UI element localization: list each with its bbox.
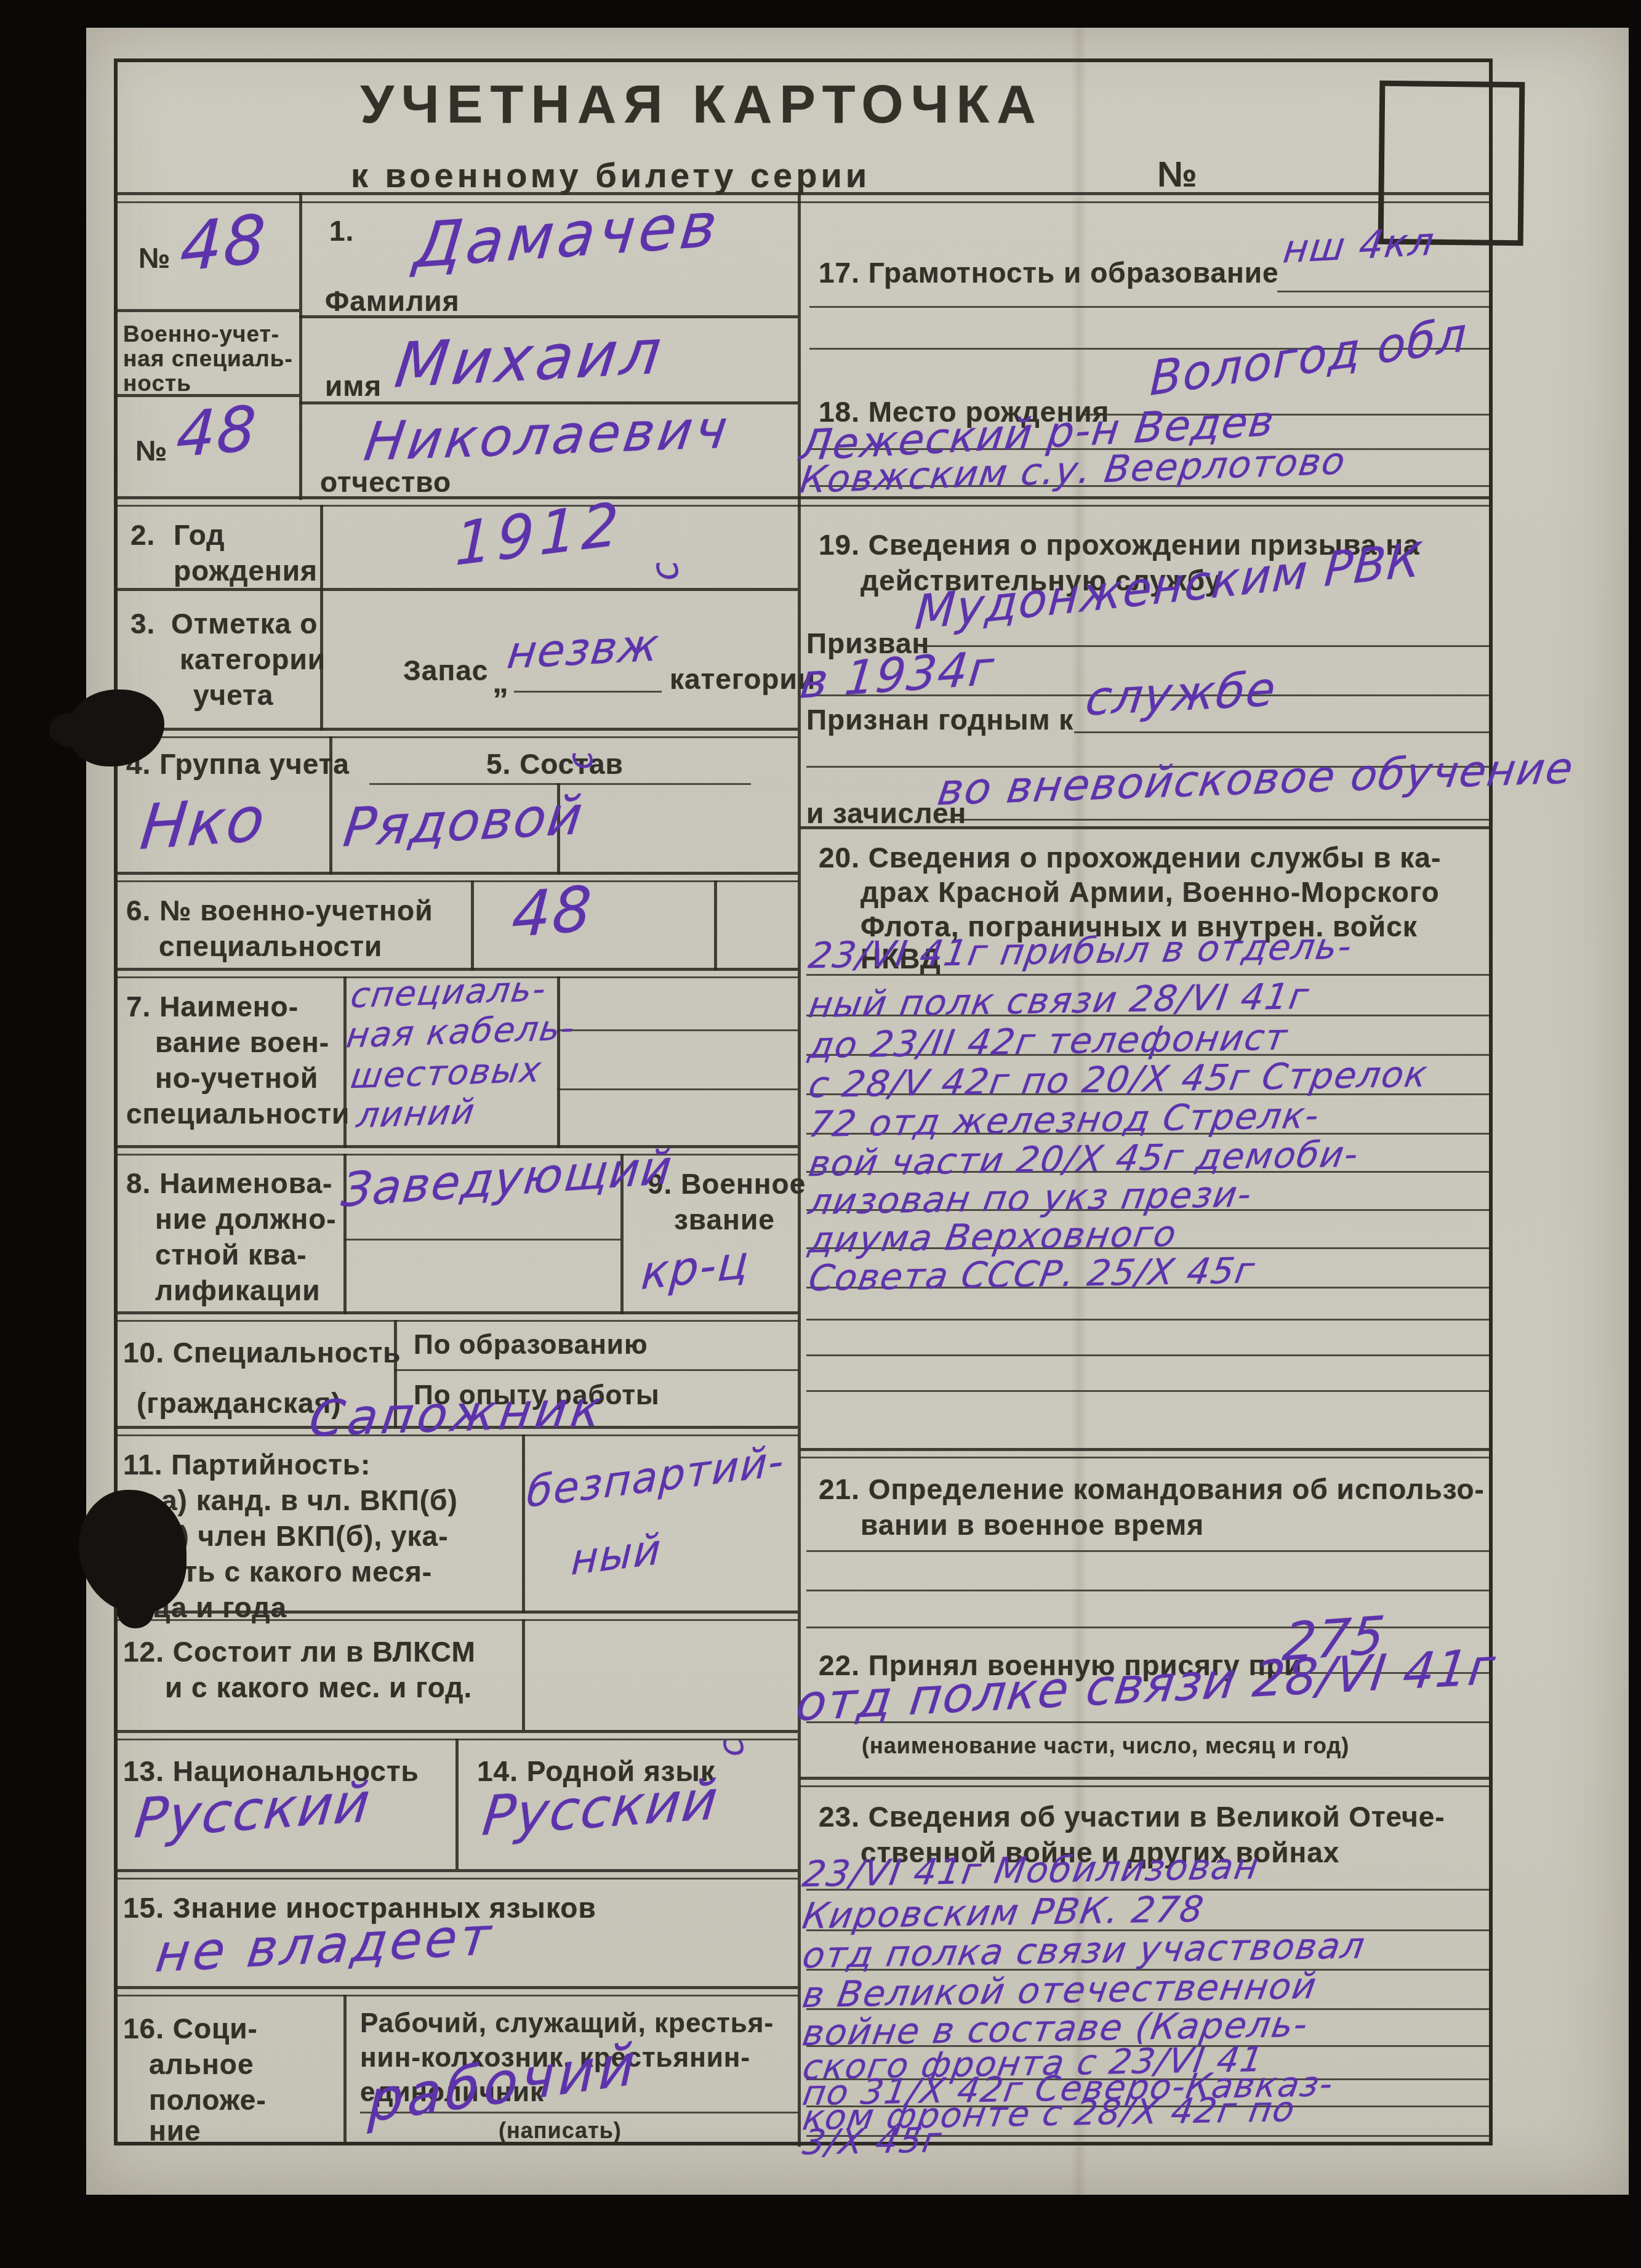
s3-label: учета (193, 678, 273, 712)
s4-label: 4. Группа учета (126, 747, 350, 781)
divider (455, 1739, 459, 1869)
rule (806, 1550, 1493, 1552)
s7-value-line: линий (355, 1092, 478, 1136)
s21-label: 21. Определение командования об использо… (819, 1473, 1485, 1506)
divider (714, 880, 717, 971)
rule (114, 1995, 798, 1997)
s3-label: Отметка о (171, 607, 318, 640)
rule (114, 1311, 798, 1314)
zapas-label: Запас (403, 654, 488, 687)
s5-value: Рядовой (340, 785, 587, 859)
vus-heading-line: Военно-учет- (123, 321, 279, 347)
reg-no2-label: № (135, 434, 167, 467)
s7-value-line: шестовых (348, 1050, 545, 1096)
divider (320, 505, 323, 588)
s2-label: рождения (174, 554, 318, 587)
rule (806, 1627, 1493, 1628)
rule (114, 309, 299, 312)
s8-label: 8. Наименова- (126, 1167, 332, 1200)
s6-value: 48 (510, 872, 595, 952)
s16-label: ние (149, 2114, 201, 2147)
s20-label: 20. Сведения о прохождении службы в ка- (819, 841, 1441, 874)
rule (806, 1390, 1493, 1392)
rule (806, 1354, 1493, 1356)
fit-label: Признан годным к (806, 703, 1073, 736)
rule (394, 1369, 798, 1371)
s16-label: положе- (149, 2083, 267, 2117)
divider (299, 192, 302, 500)
s7-value-line: специаль- (348, 969, 550, 1016)
name-value: Михаил (391, 315, 669, 402)
s6-label: специальности (159, 930, 382, 963)
s7-label: 7. Наимено- (126, 990, 299, 1023)
rule (114, 728, 798, 731)
vus-heading-line: ность (123, 371, 191, 396)
divider (471, 880, 474, 971)
card-subtitle: к военному билету серии (351, 155, 870, 195)
rule (809, 306, 1493, 308)
rule (800, 1457, 1493, 1458)
s8-label: ние должно- (155, 1202, 337, 1236)
s9-label: звание (674, 1203, 775, 1236)
rule (920, 645, 1493, 647)
rule (114, 1878, 798, 1880)
s11-label: 11. Партийность: (123, 1448, 371, 1481)
rule (114, 1145, 798, 1148)
rule (343, 1239, 620, 1241)
rule (114, 201, 1493, 203)
s20-label: драх Красной Армии, Военно-Морского (861, 875, 1440, 909)
surname-label: Фамилия (325, 284, 460, 318)
s11-label: а) канд. в чл. ВКП(б) (161, 1484, 458, 1517)
s3-label: категории (180, 643, 326, 676)
rule (114, 880, 798, 882)
s2-label: Год (174, 518, 225, 552)
s2-label: 2. (130, 518, 155, 552)
s7-label: но-учетной (155, 1061, 318, 1095)
s23-value-line: 3/X 45г (800, 2120, 945, 2163)
rule (806, 1319, 1493, 1321)
reg-no-value: 48 (179, 200, 268, 287)
name-label: имя (325, 369, 382, 403)
s20-value-line: Совета СССР. 25/X 45г (806, 1249, 1258, 1299)
divider (343, 1995, 347, 2145)
rule (1277, 291, 1493, 292)
by-education-label: По образованию (414, 1330, 648, 1361)
s8-label: лификации (155, 1274, 320, 1307)
s7-label: вание воен- (155, 1026, 329, 1059)
s3-label: 3. (130, 607, 155, 640)
ink-blot (117, 1594, 154, 1628)
rule (114, 1986, 798, 1989)
rule (114, 1730, 798, 1733)
rule (800, 1777, 1493, 1780)
rule (114, 1320, 798, 1322)
divider (522, 1619, 525, 1730)
s11-label: б) член ВКП(б), ука- (161, 1519, 448, 1553)
rule (800, 1785, 1493, 1787)
s16-label: альное (149, 2048, 254, 2081)
s7-value-line: ная кабель- (344, 1008, 578, 1056)
s12-label: и с какого мес. и год. (165, 1671, 472, 1704)
rule (114, 872, 798, 875)
rule (514, 691, 662, 693)
rule (114, 968, 798, 971)
rule (114, 588, 798, 591)
s4-value: Нко (137, 782, 270, 864)
s10-label: 10. Специальность (123, 1336, 401, 1369)
s16-option-line: Рабочий, служащий, крестья- (360, 2008, 774, 2039)
rule (369, 783, 751, 785)
s16-caption: (написать) (499, 2118, 622, 2144)
s16-label: 16. Соци- (123, 2012, 258, 2045)
s17-label: 17. Грамотность и образование (819, 256, 1279, 289)
s8-label: стной ква- (155, 1238, 307, 1271)
rule (1074, 731, 1493, 733)
reg-no2-value: 48 (175, 392, 259, 472)
section1-number: 1. (329, 214, 354, 247)
divider (557, 976, 560, 1148)
s6-label: 6. № военно-учетной (126, 894, 433, 927)
s7-label: специальности (126, 1097, 350, 1130)
rule (800, 1448, 1493, 1451)
fit-value: службе (1083, 661, 1280, 726)
s22-caption: (наименование части, число, месяц и год) (862, 1733, 1349, 1759)
s17-value: нш 4кл (1281, 219, 1437, 271)
scanned-military-card: УЧЕТНАЯ КАРТОЧКА к военному билету серии… (0, 0, 1641, 2268)
category-label: категории (670, 662, 816, 696)
ink-blot (49, 713, 92, 747)
card-title: УЧЕТНАЯ КАРТОЧКА (114, 73, 1493, 135)
reg-no-label: № (138, 241, 171, 275)
s11-label: зать с какого меся- (153, 1555, 432, 1588)
s23-value-line: 23/VI 41г Мобилизован (800, 1845, 1262, 1895)
s21-label: вании в военное время (861, 1508, 1204, 1542)
s23-label: 23. Сведения об участии в Великой Отече- (819, 1800, 1445, 1833)
rule (557, 1088, 798, 1090)
divider (522, 1434, 525, 1613)
s10-value: Сапожник (306, 1380, 609, 1447)
patronymic-value: Николаевич (361, 398, 734, 473)
vus-heading-line: ная специаль- (123, 346, 293, 372)
rule (945, 819, 1493, 821)
rule (806, 1590, 1493, 1591)
rule (114, 1869, 798, 1872)
rule (557, 1029, 798, 1031)
series-number-sign: № (1157, 154, 1198, 195)
s12-label: 12. Состоит ли в ВЛКСМ (123, 1635, 476, 1668)
zapas-category-value: незвж (505, 619, 663, 679)
rule (114, 736, 798, 738)
